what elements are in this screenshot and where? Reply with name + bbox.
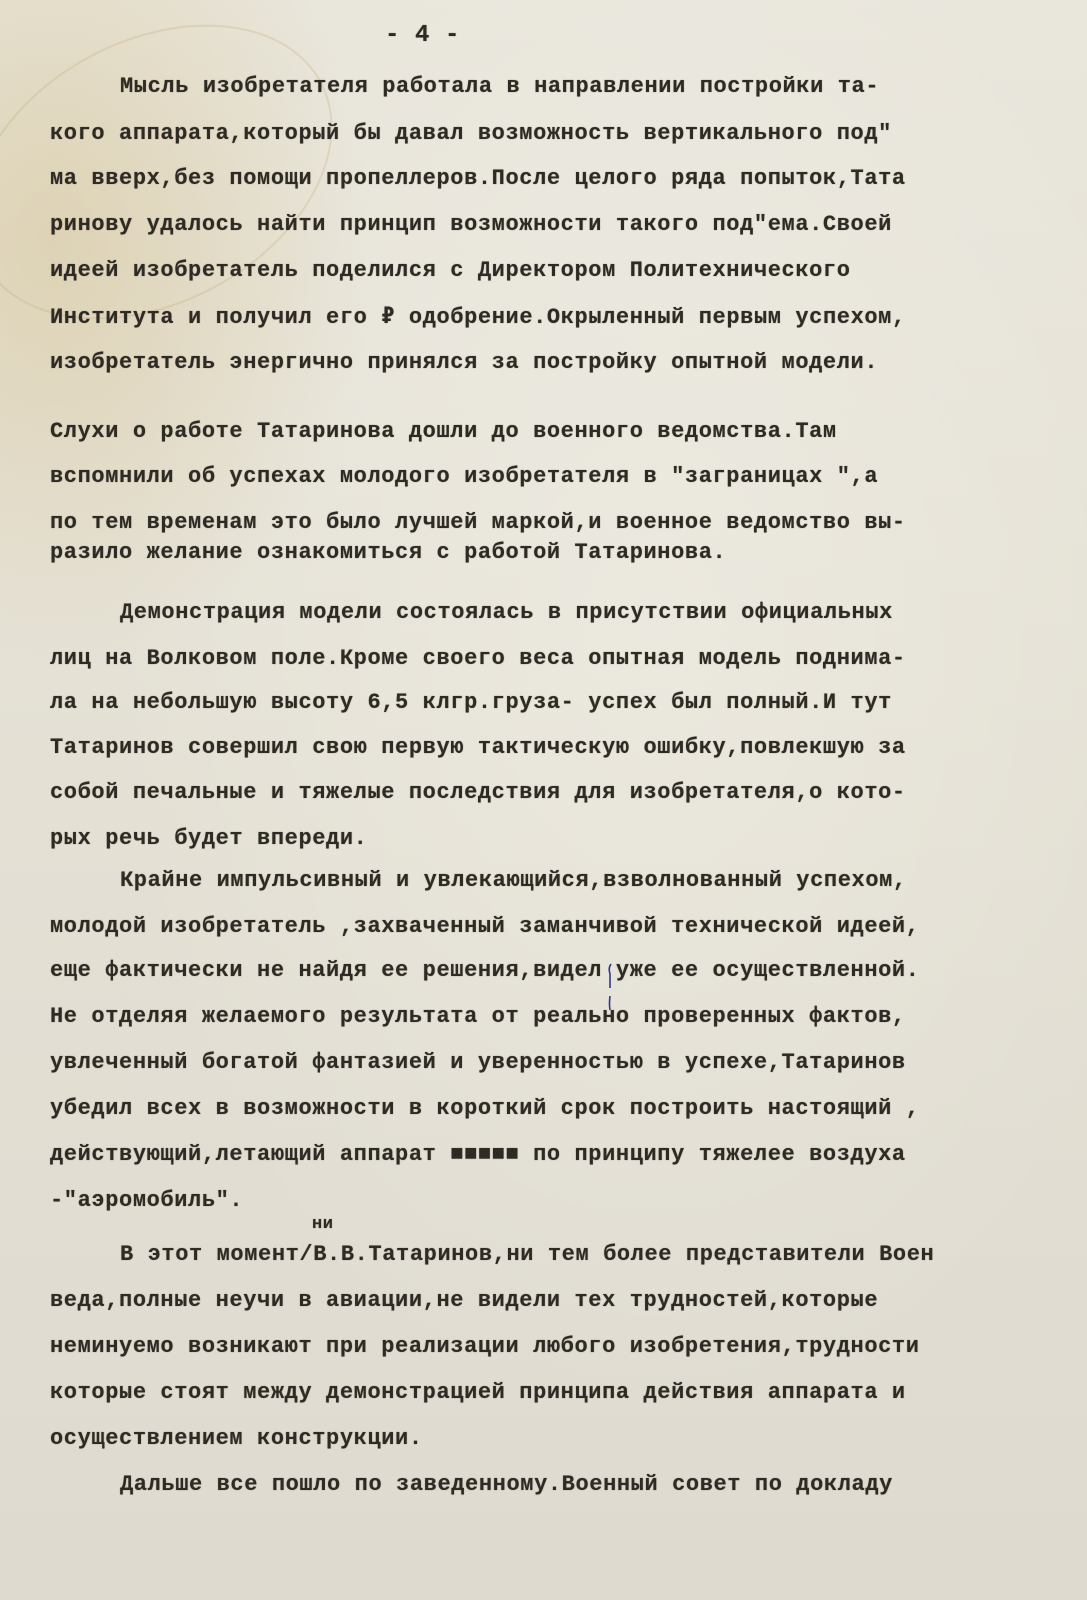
text-line: Института и получил его ₽ одобрение.Окры… [50,304,906,330]
text-line: неминуемо возникают при реализации любог… [50,1334,920,1359]
text-line: вспомнили об успехах молодого изобретате… [50,464,878,489]
text-line: Крайне импульсивный и увлекающийся,взвол… [120,868,907,893]
text-line: веда,полные неучи в авиации,не видели те… [50,1288,878,1313]
text-line: В этот момент/В.В.Татаринов,ни тем более… [120,1242,934,1267]
text-line: молодой изобретатель ,захваченный заманч… [50,914,920,939]
text-line: рых речь будет впереди. [50,826,367,851]
page-number: - 4 - [385,22,460,49]
text-line: которые стоят между демонстрацией принци… [50,1380,906,1405]
text-line: Слухи о работе Татаринова дошли до военн… [50,419,837,444]
interlinear-insertion: ни [312,1215,334,1234]
text-line: ринову удалось найти принцип возможности… [50,212,892,237]
text-line: Мысль изобретателя работала в направлени… [120,74,879,99]
text-line: увлеченный богатой фантазией и увереннос… [50,1050,906,1075]
document-page: - 4 - Мысль изобретателя работала в напр… [0,0,1087,1600]
text-line: -"аэромобиль". [50,1188,243,1213]
text-line: лиц на Волковом поле.Кроме своего веса о… [50,646,906,671]
text-line: убедил всех в возможности в короткий сро… [50,1096,920,1121]
text-line: еще фактически не найдя ее решения,видел… [50,958,920,983]
text-line: действующий,летающий аппарат ■■■■■ по пр… [50,1142,906,1167]
text-line: по тем временам это было лучшей маркой,и… [50,510,906,535]
text-line: Не отделяя желаемого результата от реаль… [50,1004,906,1029]
text-line: Дальше все пошло по заведенному.Военный … [120,1472,893,1497]
text-line: ла на небольшую высоту 6,5 клгр.груза- у… [50,690,892,715]
text-line: осуществлением конструкции. [50,1426,423,1451]
text-line: собой печальные и тяжелые последствия дл… [50,780,906,805]
text-line: Демонстрация модели состоялась в присутс… [120,600,893,625]
text-line: идеей изобретатель поделился с Директоро… [50,258,851,283]
text-line: разило желание ознакомиться с работой Та… [50,540,726,565]
text-line: Татаринов совершил свою первую тактическ… [50,735,906,760]
text-line: ма вверх,без помощи пропеллеров.После це… [50,166,906,191]
text-line: кого аппарата,который бы давал возможнос… [50,121,892,146]
text-line: изобретатель энергично принялся за постр… [50,350,878,375]
